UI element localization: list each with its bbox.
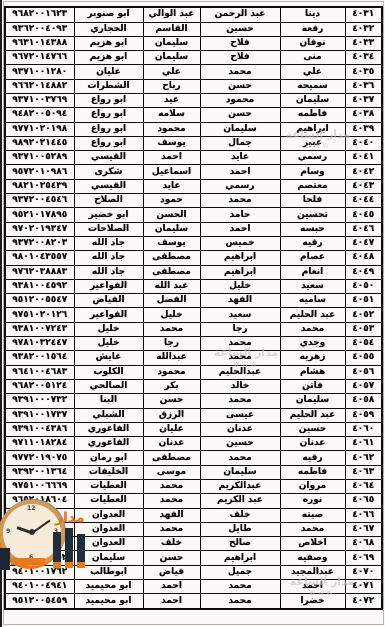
cell-phone-number: ٩٣٧٢٠٠٤٥٤٦ <box>5 194 74 208</box>
cell-father-name: خليل <box>200 279 280 293</box>
cell-phone-number: ٩٣٩١٠٠٤٣٨٦ <box>5 422 74 436</box>
cell-family-name: خليل <box>74 337 143 351</box>
cell-first-name: فاتن <box>280 379 345 393</box>
cell-first-name: فاطمه <box>280 465 345 479</box>
cell-grandfather-name: موسى <box>143 465 200 479</box>
table-row: ٤٠٣٧ سليمان محمود عيد ابو رواع ٩٣٧١٠٠٣٧٦… <box>5 93 382 107</box>
cell-first-name: زهريه <box>280 351 345 365</box>
cell-family-name: الفاعوري <box>74 437 143 451</box>
cell-record-id: ٤٠٣٩ <box>345 122 382 136</box>
cell-grandfather-name: علي <box>143 65 200 79</box>
cell-record-id: ٤٠٧٠ <box>345 565 382 579</box>
cell-family-name: جاد الله <box>74 236 143 250</box>
cell-first-name: هشام <box>280 365 345 379</box>
cell-phone-number: ٩٥٢١٠١٧٨٩٥ <box>5 208 74 222</box>
table-row: ٤٠٤٧ رقيه خميس يوسف جاد الله ٩٣٧٢٠٠٨٢٠٣ <box>5 236 382 250</box>
table-row: ٤٠٣٥ علي محمد علي عليان ٩٣٧١٠٠١٢٨٠ <box>5 65 382 79</box>
cell-family-name: الصلاحات <box>74 222 143 236</box>
cell-grandfather-name: محمد <box>143 494 200 508</box>
cell-father-name: فلاح <box>200 51 280 65</box>
cell-record-id: ٤٠٥٤ <box>345 337 382 351</box>
cell-phone-number: ٩٣٩٢٠٠١٣٦٤ <box>5 465 74 479</box>
table-row: ٤٠٥٧ فاتن خالد بكر الصالحي ٩٦٨٢٠٠٥١٢٤ <box>5 379 382 393</box>
cell-father-name: محمد <box>200 194 280 208</box>
cell-record-id: ٤٠٥١ <box>345 294 382 308</box>
table-row: ٤٠٣٩ ابراهيم سليمان محمود ابو رواع ٩٧٧١٠… <box>5 122 382 136</box>
cell-first-name: عدنان <box>280 437 345 451</box>
table-row: ٤٠٣٣ نوفان فلاح سليمان ابو هزيم ٩٦٣١٠١٤٣… <box>5 36 382 50</box>
cell-record-id: ٤٠٤٠ <box>345 136 382 150</box>
cell-record-id: ٤٠٥٠ <box>345 279 382 293</box>
cell-family-name: ابو محيميد <box>74 594 143 609</box>
cell-phone-number: ٩٨٢١٠٢٥٤٣٩ <box>5 179 74 193</box>
table-row: ٤٠٣٢ رفعه حسين القاسم الحجاري ٩٣٦٢٠٠٤٠٩٣ <box>5 22 382 36</box>
cell-first-name: انعام <box>280 265 345 279</box>
cell-record-id: ٤٠٦٧ <box>345 522 382 536</box>
cell-family-name: الشطرات <box>74 79 143 93</box>
cell-phone-number: ٩٣٧١٠٠٥٢٨٩ <box>5 151 74 165</box>
cell-family-name: العطيات <box>74 480 143 494</box>
cell-family-name: العدوان <box>74 508 143 522</box>
cell-grandfather-name: القاسم <box>143 22 200 36</box>
table-row: ٤٠٦٦ صيته خلف الفهد العدوان ٠٥٠٧٢ <box>5 508 382 522</box>
cell-grandfather-name: عبد الله <box>143 279 200 293</box>
cell-grandfather-name: اسماعيل <box>143 165 200 179</box>
cell-father-name: حسن <box>200 79 280 93</box>
cell-record-id: ٤٠٥٥ <box>345 351 382 365</box>
cell-father-name: محمد <box>200 594 280 609</box>
cell-phone-number: ٩٦٨٢٠٠١٦٢٣ <box>5 7 74 22</box>
table-row: ٤٠٥٠ سعيد خليل عبد الله الفواعير ٩٣٨١٠٠٤… <box>5 279 382 293</box>
records-table: ٤٠٣١ دينا عبد الرحمن عبد الوالي ابو صنوب… <box>4 6 383 610</box>
cell-record-id: ٤٠٦٤ <box>345 480 382 494</box>
cell-phone-number: ٩٤٠١٠٠١٧٦٢ <box>5 565 74 579</box>
cell-record-id: ٤٠٤٥ <box>345 208 382 222</box>
cell-record-id: ٤٠٣٥ <box>345 65 382 79</box>
cell-phone-number: ٩٦٦٢٠١٤٨٨٢ <box>5 79 74 93</box>
cell-record-id: ٤٠٣٦ <box>345 79 382 93</box>
cell-grandfather-name: عدنان <box>143 437 200 451</box>
cell-first-name: حسين <box>280 422 345 436</box>
cell-phone-number: ٩٧٠٢٠١٩٣٤٧ <box>5 222 74 236</box>
cell-phone-number: ٩٧٥١٠٠٦٦٦٩ <box>5 480 74 494</box>
cell-record-id: ٤٠٦٦ <box>345 508 382 522</box>
cell-father-name: احمد <box>200 165 280 179</box>
cell-grandfather-name: محمود <box>143 122 200 136</box>
cell-first-name: اخلاص <box>280 537 345 551</box>
cell-father-name: احمد <box>200 222 280 236</box>
cell-grandfather-name: يوسف <box>143 136 200 150</box>
table-row: ٤٠٧٢ خضرا محمد احمد ابو محيميد ٩٥١٢٠٠٥٤٥… <box>5 594 382 609</box>
cell-grandfather-name: سليمان <box>143 222 200 236</box>
cell-family-name: الكلوب <box>74 365 143 379</box>
cell-first-name: سميحه <box>280 79 345 93</box>
table-row: ٤٠٤٢ وسام احمد اسماعيل شكرى ٩٥٧٢٠١٠٩٨٦ <box>5 165 382 179</box>
cell-phone-number: ٩٣٩١٠٠١٧٣٧ <box>5 408 74 422</box>
cell-first-name: عبد الحليم <box>280 308 345 322</box>
cell-father-name: حسين <box>200 22 280 36</box>
cell-grandfather-name: حسن <box>143 551 200 565</box>
cell-family-name: الفياض <box>74 294 143 308</box>
cell-phone-number: ٩٤٨٢٠٠٥٠٩٤ <box>5 108 74 122</box>
cell-family-name: الشبلي <box>74 408 143 422</box>
cell-record-id: ٤٠٣١ <box>345 7 382 22</box>
cell-first-name: سعيد <box>280 279 345 293</box>
cell-first-name: محمد <box>280 322 345 336</box>
cell-first-name: سليمان <box>280 93 345 107</box>
cell-family-name: سليمان <box>74 551 143 565</box>
cell-first-name: خضرا <box>280 594 345 609</box>
cell-grandfather-name: عيد <box>143 93 200 107</box>
cell-family-name: ابو رواع <box>74 136 143 150</box>
cell-phone-number: ٩٣٨١٠٠٤٥٩٢ <box>5 279 74 293</box>
cell-father-name: محمود <box>200 93 280 107</box>
cell-grandfather-name: حمود <box>143 194 200 208</box>
cell-grandfather-name: رجا <box>143 337 200 351</box>
cell-family-name: الفواعير <box>74 308 143 322</box>
cell-father-name: خميس <box>200 236 280 250</box>
cell-first-name: فاطمه <box>280 108 345 122</box>
cell-first-name: علي <box>280 65 345 79</box>
cell-phone-number: ٩٨٠١٠٤٣٥٥٧ <box>5 251 74 265</box>
cell-family-name: ابو هزيم <box>74 51 143 65</box>
table-row: ٤٠٥٢ عبد الحليم سعيد خليل الفواعير ٩٧٥١٠… <box>5 308 382 322</box>
cell-first-name: رسمي <box>280 151 345 165</box>
cell-phone-number: ٠٥٠٧٢ <box>5 508 74 522</box>
cell-record-id: ٤٠٥٢ <box>345 308 382 322</box>
cell-father-name: حسين <box>200 437 280 451</box>
cell-family-name: ابو محيميد <box>74 580 143 594</box>
cell-phone-number: ٩٧٥١٠٢٠١٢٦ <box>5 308 74 322</box>
cell-grandfather-name: بكر <box>143 379 200 393</box>
cell-father-name: محمد <box>200 580 280 594</box>
cell-family-name: العدوان <box>74 537 143 551</box>
cell-father-name: محمد <box>200 451 280 465</box>
cell-first-name: مروان <box>280 480 345 494</box>
cell-phone-number: ٩٦٧٢٠١٤٧٦٦ <box>5 51 74 65</box>
cell-father-name: خالد <box>200 379 280 393</box>
table-row: ٤٠٧٠ عبدالمجيد جميل فياض ابوطالب ٩٤٠١٠٠١… <box>5 565 382 579</box>
cell-grandfather-name: سلامه <box>143 108 200 122</box>
table-row: ٤٠٣٨ فاطمه حسن سلامه ابو رواع ٩٤٨٢٠٠٥٠٩٤ <box>5 108 382 122</box>
cell-grandfather-name: مصطفى <box>143 265 200 279</box>
cell-record-id: ٤٠٦٣ <box>345 465 382 479</box>
table-row: ٤٠٥٩ عبد الحليم عيسى الرزق الشبلي ٩٣٩١٠٠… <box>5 408 382 422</box>
cell-father-name: عيسى <box>200 408 280 422</box>
cell-family-name: القيسي <box>74 151 143 165</box>
cell-first-name: عبدالمجيد <box>280 565 345 579</box>
cell-family-name: ابو هزيم <box>74 36 143 50</box>
cell-record-id: ٤٠٣٤ <box>345 51 382 65</box>
cell-record-id: ٤٠٦٥ <box>345 494 382 508</box>
cell-grandfather-name: خلف <box>143 537 200 551</box>
cell-first-name: صيته <box>280 508 345 522</box>
cell-record-id: ٤٠٥٣ <box>345 322 382 336</box>
cell-record-id: ٤٠٥٦ <box>345 365 382 379</box>
cell-family-name: الفاعوري <box>74 422 143 436</box>
table-row: ٤٠٥١ ساميه الفهد الفضل الفياض ٩٥١٢٠٠٥٥٤٧ <box>5 294 382 308</box>
cell-first-name: ساميه <box>280 294 345 308</box>
cell-family-name: شكرى <box>74 165 143 179</box>
cell-phone-number: ٩٧٦٢٠٣٨٨٨٣ <box>5 265 74 279</box>
cell-father-name: جمال <box>200 136 280 150</box>
cell-first-name: سليمان <box>280 394 345 408</box>
cell-family-name: البنا <box>74 394 143 408</box>
cell-record-id: ٤٠٤٤ <box>345 194 382 208</box>
cell-record-id: ٤٠٦١ <box>345 437 382 451</box>
cell-father-name: صالح <box>200 537 280 551</box>
cell-grandfather-name: مصطفى <box>143 251 200 265</box>
table-row: ٤٠٦٩ وصفيه ابراهيم حسن سليمان ٩٣٩٢٠٠٧٧٥٢ <box>5 551 382 565</box>
cell-father-name: خلف <box>200 508 280 522</box>
cell-phone-number: ٩٣٩٢٠٠٧٧٥٢ <box>5 551 74 565</box>
cell-first-name: وصفيه <box>280 551 345 565</box>
cell-first-name: نوفان <box>280 36 345 50</box>
cell-record-id: ٤٠٤٢ <box>345 165 382 179</box>
cell-record-id: ٤٠٦٢ <box>345 451 382 465</box>
cell-record-id: ٤٠٣٧ <box>345 93 382 107</box>
table-row: ٤٠٤٩ انعام ابراهيم مصطفى جاد الله ٩٧٦٢٠٣… <box>5 265 382 279</box>
cell-family-name: ابو صنوبر <box>74 7 143 22</box>
cell-phone-number: ٩٦٥٢٠١٨٦٠٤ <box>5 494 74 508</box>
cell-phone-number: ٩٨٩٢٠٢١٤٤٥ <box>5 136 74 150</box>
cell-phone-number: ٩٣٧٢٠٠٨٢٠٣ <box>5 236 74 250</box>
cell-phone-number: ٩٥٧٢٠١٠٩٨٦ <box>5 165 74 179</box>
cell-father-name: ابراهيم <box>200 265 280 279</box>
cell-first-name: نوره <box>280 494 345 508</box>
scan-left-edge <box>0 0 2 627</box>
table-row: ٤٠٥٦ هشام عبدالحليم محمود الكلوب ٩٦٤١٠٠٤… <box>5 365 382 379</box>
cell-phone-number: ٩٣٧١٠٠٣٧٦٩ <box>5 93 74 107</box>
cell-record-id: ٤٠٥٩ <box>345 408 382 422</box>
cell-family-name: عايش <box>74 351 143 365</box>
cell-phone-number: ٩٣٦٢٠٠٤٠٩٣ <box>5 22 74 36</box>
cell-family-name: جاد الله <box>74 251 143 265</box>
cell-grandfather-name: سليمان <box>143 36 200 50</box>
cell-phone-number: ٩٦٨٢٠٠٥١٢٤ <box>5 379 74 393</box>
cell-father-name: عايد <box>200 151 280 165</box>
cell-father-name: عبدالكريم <box>200 480 280 494</box>
cell-father-name: عبد الرحمن <box>200 7 280 22</box>
cell-grandfather-name: احمد <box>143 580 200 594</box>
cell-first-name: معتصم <box>280 179 345 193</box>
table-row: ٤٠٦٧ محمد طايل محمد العدوان ٨١ <box>5 522 382 536</box>
cell-father-name: حسن <box>200 108 280 122</box>
cell-phone-number: ٨١ <box>5 522 74 536</box>
cell-family-name: القيسي <box>74 179 143 193</box>
cell-first-name: عبير <box>280 136 345 150</box>
cell-first-name: احمد <box>280 580 345 594</box>
cell-record-id: ٤٠٣٨ <box>345 108 382 122</box>
cell-father-name: سليمان <box>200 465 280 479</box>
cell-family-name: الصلاح <box>74 194 143 208</box>
table-row: ٤٠٦٣ فاطمه سليمان موسى الخليفات ٩٣٩٢٠٠١٣… <box>5 465 382 479</box>
cell-family-name: عليان <box>74 65 143 79</box>
cell-record-id: ٤٠٤٩ <box>345 265 382 279</box>
table-row: ٤٠٥٥ زهريه محمد عبدالله عايش ٩٣٨٢٠٠١٥٦٤ <box>5 351 382 365</box>
cell-grandfather-name: الفضل <box>143 294 200 308</box>
cell-grandfather-name: فياض <box>143 565 200 579</box>
cell-first-name: عصام <box>280 251 345 265</box>
table-row: ٤٠٤٦ حبسه احمد سليمان الصلاحات ٩٧٠٢٠١٩٣٤… <box>5 222 382 236</box>
table-row: ٤٠٦٠ حسين عدنان عليان الفاعوري ٩٣٩١٠٠٤٣٨… <box>5 422 382 436</box>
cell-family-name: الفواعير <box>74 279 143 293</box>
cell-record-id: ٤٠٣٢ <box>345 22 382 36</box>
cell-father-name: حامد <box>200 208 280 222</box>
cell-grandfather-name: سليمان <box>143 51 200 65</box>
cell-phone-number: ٩٣٧١٠٠١٢٨٠ <box>5 65 74 79</box>
cell-first-name: محمد <box>280 522 345 536</box>
cell-first-name: عبد الحليم <box>280 408 345 422</box>
cell-record-id: ٤٠٤٧ <box>345 236 382 250</box>
cell-father-name: ابراهيم <box>200 251 280 265</box>
cell-grandfather-name: الفهد <box>143 508 200 522</box>
cell-father-name: جميل <box>200 565 280 579</box>
cell-grandfather-name: حسن <box>143 394 200 408</box>
cell-family-name: جاد الله <box>74 265 143 279</box>
cell-family-name: الحجاري <box>74 22 143 36</box>
cell-family-name: الخليفات <box>74 465 143 479</box>
cell-father-name: محمد <box>200 337 280 351</box>
cell-phone-number: ٩٧٧١٠٢٠١٩٨ <box>5 122 74 136</box>
cell-record-id: ٤٠٦٩ <box>345 551 382 565</box>
table-row: ٤٠٤٥ تحسين حامد الحسن ابو خضير ٩٥٢١٠١٧٨٩… <box>5 208 382 222</box>
cell-phone-number: ٩٧٨١٠٣٢٤٤٧ <box>5 337 74 351</box>
cell-family-name: ابو رمان <box>74 451 143 465</box>
cell-father-name: عبد الكريم <box>200 494 280 508</box>
cell-grandfather-name: عايد <box>143 179 200 193</box>
cell-first-name: رقيه <box>280 451 345 465</box>
cell-phone-number: ٩١ <box>5 537 74 551</box>
cell-first-name: حبسه <box>280 222 345 236</box>
cell-record-id: ٤٠٦٠ <box>345 422 382 436</box>
cell-record-id: ٤٠٧١ <box>345 580 382 594</box>
cell-first-name: دينا <box>280 7 345 22</box>
table-row: ٤٠٦٢ رقيه محمد مصطفى ابو رمان ٩٧٧٢٠١٩٠٧٥ <box>5 451 382 465</box>
cell-father-name: رجا <box>200 322 280 336</box>
cell-family-name: العطيات <box>74 494 143 508</box>
table-row: ٤٠٣١ دينا عبد الرحمن عبد الوالي ابو صنوب… <box>5 7 382 22</box>
cell-record-id: ٤٠٤٨ <box>345 251 382 265</box>
cell-phone-number: ٩٥١٢٠٠٥٤٥٩ <box>5 594 74 609</box>
table-row: ٤٠٦٥ نوره عبد الكريم محمد العطيات ٩٦٥٢٠١… <box>5 494 382 508</box>
cell-father-name: رسمي <box>200 179 280 193</box>
cell-grandfather-name: يوسف <box>143 236 200 250</box>
table-row: ٤٠٦١ عدنان حسين عدنان الفاعوري ٩٧١١٠١٨٢٨… <box>5 437 382 451</box>
cell-phone-number: ٩٣٨١٠٠٧٢٤٣ <box>5 322 74 336</box>
cell-first-name: فلحا <box>280 194 345 208</box>
cell-grandfather-name: مصطفى <box>143 451 200 465</box>
cell-father-name: ابراهيم <box>200 551 280 565</box>
cell-grandfather-name: الحسن <box>143 208 200 222</box>
cell-father-name: عدنان <box>200 422 280 436</box>
table-row: ٤٠٣٤ منى فلاح سليمان ابو هزيم ٩٦٧٢٠١٤٧٦٦ <box>5 51 382 65</box>
cell-grandfather-name: رباح <box>143 79 200 93</box>
cell-grandfather-name: عبدالله <box>143 351 200 365</box>
cell-phone-number: ٩٦٣١٠١٤٣٨٨ <box>5 36 74 50</box>
cell-grandfather-name: الرزق <box>143 408 200 422</box>
table-row: ٤٠٥٤ وجدي محمد رجا خليل ٩٧٨١٠٣٢٤٤٧ <box>5 337 382 351</box>
table-row: ٤٠٦٨ اخلاص صالح خلف العدوان ٩١ <box>5 537 382 551</box>
cell-first-name: رفعه <box>280 22 345 36</box>
cell-family-name: ابو رواع <box>74 108 143 122</box>
cell-family-name: ابو خضير <box>74 208 143 222</box>
cell-father-name: محمد <box>200 394 280 408</box>
table-row: ٤٠٤٣ معتصم رسمي عايد القيسي ٩٨٢١٠٢٥٤٣٩ <box>5 179 382 193</box>
cell-grandfather-name: احمد <box>143 151 200 165</box>
table-row: ٤٠٤١ رسمي عايد احمد القيسي ٩٣٧١٠٠٥٢٨٩ <box>5 151 382 165</box>
cell-record-id: ٤٠٤٦ <box>345 222 382 236</box>
cell-grandfather-name: احمد <box>143 594 200 609</box>
cell-father-name: سعيد <box>200 308 280 322</box>
table-row: ٤٠٦٤ مروان عبدالكريم محمد العطيات ٩٧٥١٠٠… <box>5 480 382 494</box>
cell-first-name: وسام <box>280 165 345 179</box>
cell-grandfather-name: عبد الوالي <box>143 7 200 22</box>
cell-father-name: محمد <box>200 351 280 365</box>
cell-phone-number: ٩٣٨٢٠٠١٥٦٤ <box>5 351 74 365</box>
cell-record-id: ٤٠٤١ <box>345 151 382 165</box>
cell-record-id: ٤٠٣٣ <box>345 36 382 50</box>
cell-family-name: الصالحي <box>74 379 143 393</box>
cell-grandfather-name: محمد <box>143 522 200 536</box>
cell-father-name: عبدالحليم <box>200 365 280 379</box>
cell-record-id: ٤٠٦٨ <box>345 537 382 551</box>
cell-family-name: العدوان <box>74 522 143 536</box>
cell-phone-number: ٩٦٤١٠٠٤٦٨٣ <box>5 365 74 379</box>
cell-father-name: فلاح <box>200 36 280 50</box>
cell-record-id: ٤٠٥٧ <box>345 379 382 393</box>
table-row: ٤٠٣٦ سميحه حسن رباح الشطرات ٩٦٦٢٠١٤٨٨٢ <box>5 79 382 93</box>
cell-father-name: سليمان <box>200 122 280 136</box>
cell-grandfather-name: محمد <box>143 322 200 336</box>
table-row: ٤٠٤٤ فلحا محمد حمود الصلاح ٩٣٧٢٠٠٤٥٤٦ <box>5 194 382 208</box>
cell-first-name: رقيه <box>280 236 345 250</box>
cell-grandfather-name: محمد <box>143 480 200 494</box>
cell-family-name: ابو رواع <box>74 122 143 136</box>
cell-record-id: ٤٠٤٣ <box>345 179 382 193</box>
cell-grandfather-name: محمود <box>143 365 200 379</box>
cell-father-name: الفهد <box>200 294 280 308</box>
cell-phone-number: ٩٣٩١٠٠٠٧٣٢ <box>5 394 74 408</box>
table-row: ٤٠٥٨ سليمان محمد حسن البنا ٩٣٩١٠٠٠٧٣٢ <box>5 394 382 408</box>
cell-first-name: تحسين <box>280 208 345 222</box>
cell-family-name: خليل <box>74 322 143 336</box>
cell-phone-number: ٩٧٧٢٠١٩٠٧٥ <box>5 451 74 465</box>
table-row: ٤٠٤٨ عصام ابراهيم مصطفى جاد الله ٩٨٠١٠٤٣… <box>5 251 382 265</box>
cell-phone-number: ٩٥١٢٠٠٥٥٤٧ <box>5 294 74 308</box>
cell-first-name: ابراهيم <box>280 122 345 136</box>
cell-father-name: محمد <box>200 65 280 79</box>
table-row: ٤٠٤٠ عبير جمال يوسف ابو رواع ٩٨٩٢٠٢١٤٤٥ <box>5 136 382 150</box>
cell-family-name: ابو رواع <box>74 93 143 107</box>
records-table-body: ٤٠٣١ دينا عبد الرحمن عبد الوالي ابو صنوب… <box>5 7 382 609</box>
cell-grandfather-name: عليان <box>143 422 200 436</box>
cell-father-name: طايل <box>200 522 280 536</box>
cell-phone-number: ٩٧١١٠١٨٢٨٤ <box>5 437 74 451</box>
table-row: ٤٠٧١ احمد محمد احمد ابو محيميد ٩٤٠١٠٠٤٩٤… <box>5 580 382 594</box>
cell-record-id: ٤٠٧٢ <box>345 594 382 609</box>
table-row: ٤٠٥٣ محمد رجا محمد خليل ٩٣٨١٠٠٧٢٤٣ <box>5 322 382 336</box>
cell-record-id: ٤٠٥٨ <box>345 394 382 408</box>
cell-family-name: ابوطالب <box>74 565 143 579</box>
cell-first-name: منى <box>280 51 345 65</box>
cell-grandfather-name: خليل <box>143 308 200 322</box>
cell-first-name: وجدي <box>280 337 345 351</box>
cell-phone-number: ٩٤٠١٠٠٤٩٤١ <box>5 580 74 594</box>
